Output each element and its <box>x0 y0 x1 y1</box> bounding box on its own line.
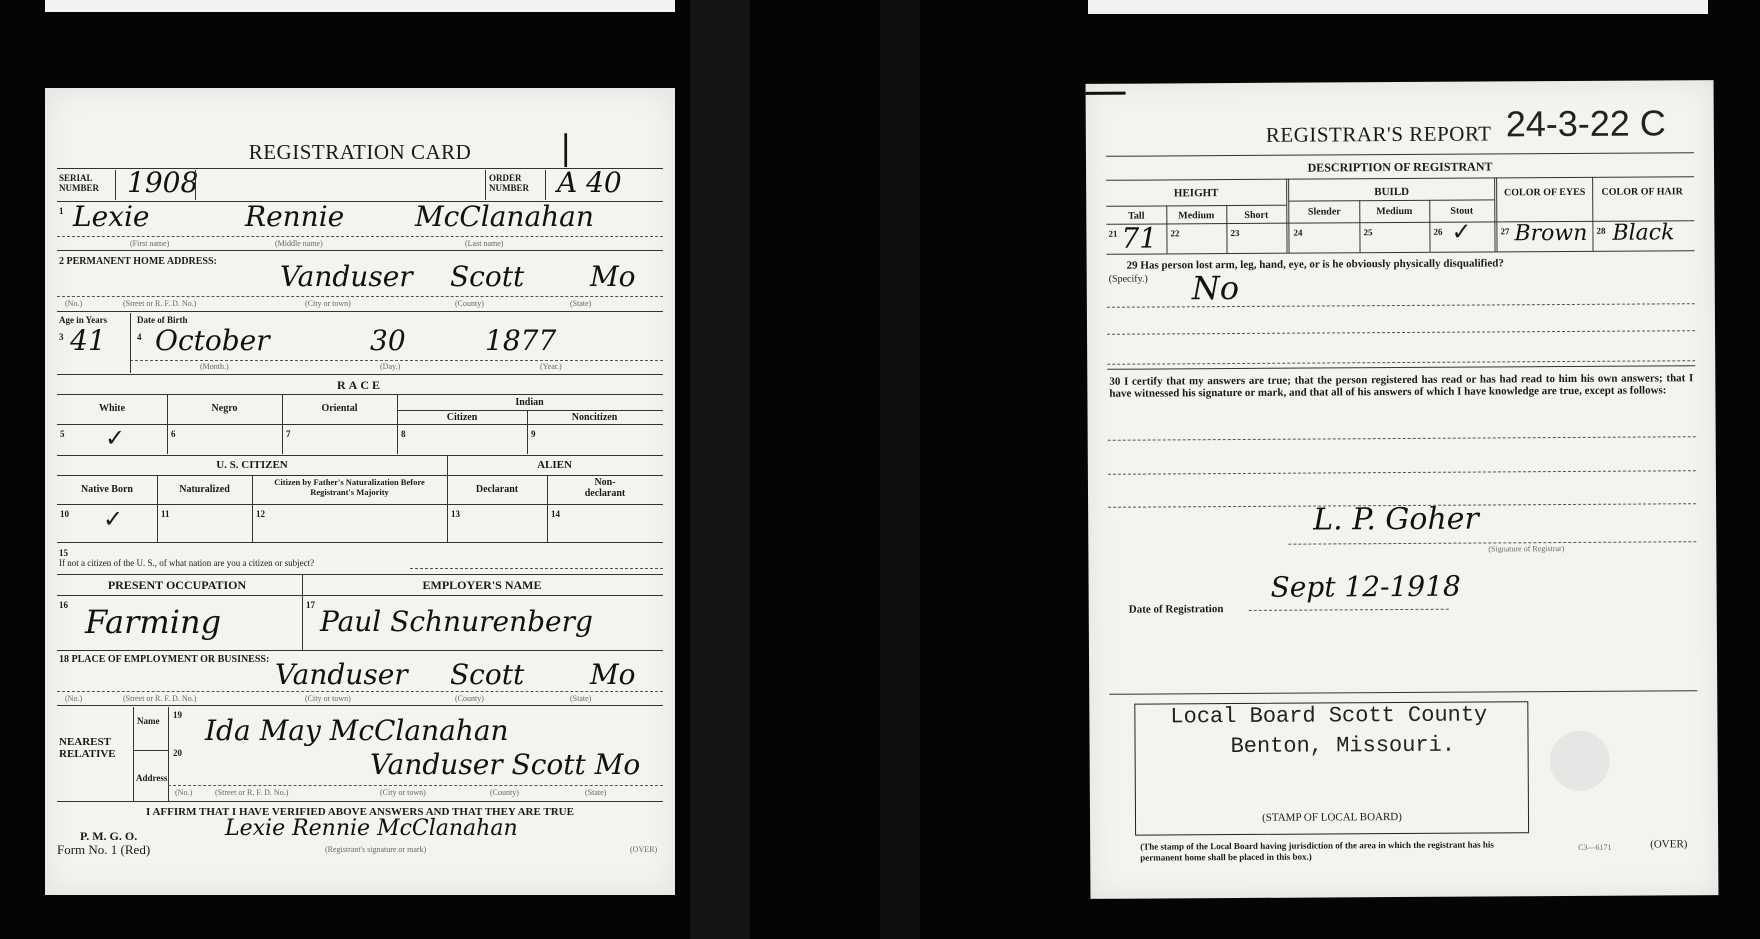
previous-card-edge-right <box>1088 0 1708 14</box>
registrars-report-card: REGISTRAR'S REPORT 24-3-22 C DESCRIPTION… <box>1086 80 1719 899</box>
employment-state: Mo <box>590 658 636 691</box>
faded-seal <box>1549 731 1609 791</box>
employment-city: Vanduser <box>275 658 408 691</box>
home-address-label: 2 PERMANENT HOME ADDRESS: <box>59 256 217 267</box>
hair-color: Black <box>1612 220 1674 245</box>
form-number: Form No. 1 (Red) <box>57 842 150 858</box>
last-name: McClanahan <box>415 200 594 233</box>
previous-card-edge-left <box>45 0 675 12</box>
order-number: A 40 <box>557 166 622 199</box>
birth-day: 30 <box>370 324 406 357</box>
stamp-line-1: Local Board Scott County <box>1170 702 1487 729</box>
native-born-check: ✓ <box>103 505 123 533</box>
relative-address: Vanduser Scott Mo <box>370 748 640 781</box>
nation-question: If not a citizen of the U. S., of what n… <box>59 558 314 568</box>
employer-value: Paul Schnurenberg <box>320 605 593 638</box>
employer-heading: EMPLOYER'S NAME <box>302 578 662 593</box>
nearest-relative-label: NEAREST RELATIVE <box>59 736 129 760</box>
serial-number: 1908 <box>127 166 198 199</box>
local-board-stamp-box: Local Board Scott County Benton, Missour… <box>1134 701 1529 835</box>
height-value: 71 <box>1121 221 1157 254</box>
registration-card: REGISTRATION CARD | SERIAL NUMBER 1908 O… <box>45 88 675 895</box>
home-county: Scott <box>450 260 524 293</box>
registrant-signature: Lexie Rennie McClanahan <box>225 816 518 841</box>
film-stripe <box>690 0 750 939</box>
stamp-note: (The stamp of the Local Board having jur… <box>1140 839 1530 863</box>
eye-color: Brown <box>1514 221 1587 246</box>
card-title: REGISTRATION CARD <box>45 140 675 165</box>
home-city: Vanduser <box>280 260 413 293</box>
home-state: Mo <box>590 260 636 293</box>
report-code: 24-3-22 C <box>1506 102 1666 145</box>
race-heading: RACE <box>45 378 675 393</box>
age-value: 41 <box>70 324 106 357</box>
registration-date: Sept 12-1918 <box>1270 570 1460 604</box>
serial-label: SERIAL NUMBER <box>59 173 111 193</box>
stout-check: ✓ <box>1451 218 1471 246</box>
stamp-line-2: Benton, Missouri. <box>1230 733 1455 759</box>
film-stripe <box>880 0 920 939</box>
stamp-caption: (STAMP OF LOCAL BOARD) <box>1136 810 1528 824</box>
employment-place-label: 18 PLACE OF EMPLOYMENT OR BUSINESS: <box>59 654 269 665</box>
alien-heading: ALIEN <box>447 459 662 471</box>
report-title: REGISTRAR'S REPORT <box>1266 121 1492 147</box>
relative-name: Ida May McClanahan <box>205 714 509 747</box>
race-white-check: ✓ <box>105 424 125 452</box>
first-name: Lexie <box>73 200 149 233</box>
employment-county: Scott <box>450 658 524 691</box>
birth-year: 1877 <box>485 324 556 357</box>
q30-text: 30 I certify that my answers are true; t… <box>1109 372 1693 400</box>
birth-month: October <box>155 324 270 357</box>
registrar-signature: L. P. Goher <box>1313 502 1479 538</box>
q29-text: 29 Has person lost arm, leg, hand, eye, … <box>1127 257 1504 271</box>
occupation-heading: PRESENT OCCUPATION <box>57 578 297 593</box>
order-mark: | <box>560 128 571 168</box>
description-heading: DESCRIPTION OF REGISTRANT <box>1086 158 1714 177</box>
occupation-value: Farming <box>85 603 221 641</box>
order-label: ORDER NUMBER <box>489 173 539 193</box>
us-citizen-heading: U. S. CITIZEN <box>57 459 447 471</box>
q29-answer: No <box>1192 269 1239 307</box>
date-label: Date of Registration <box>1129 603 1224 616</box>
middle-name: Rennie <box>245 200 344 233</box>
